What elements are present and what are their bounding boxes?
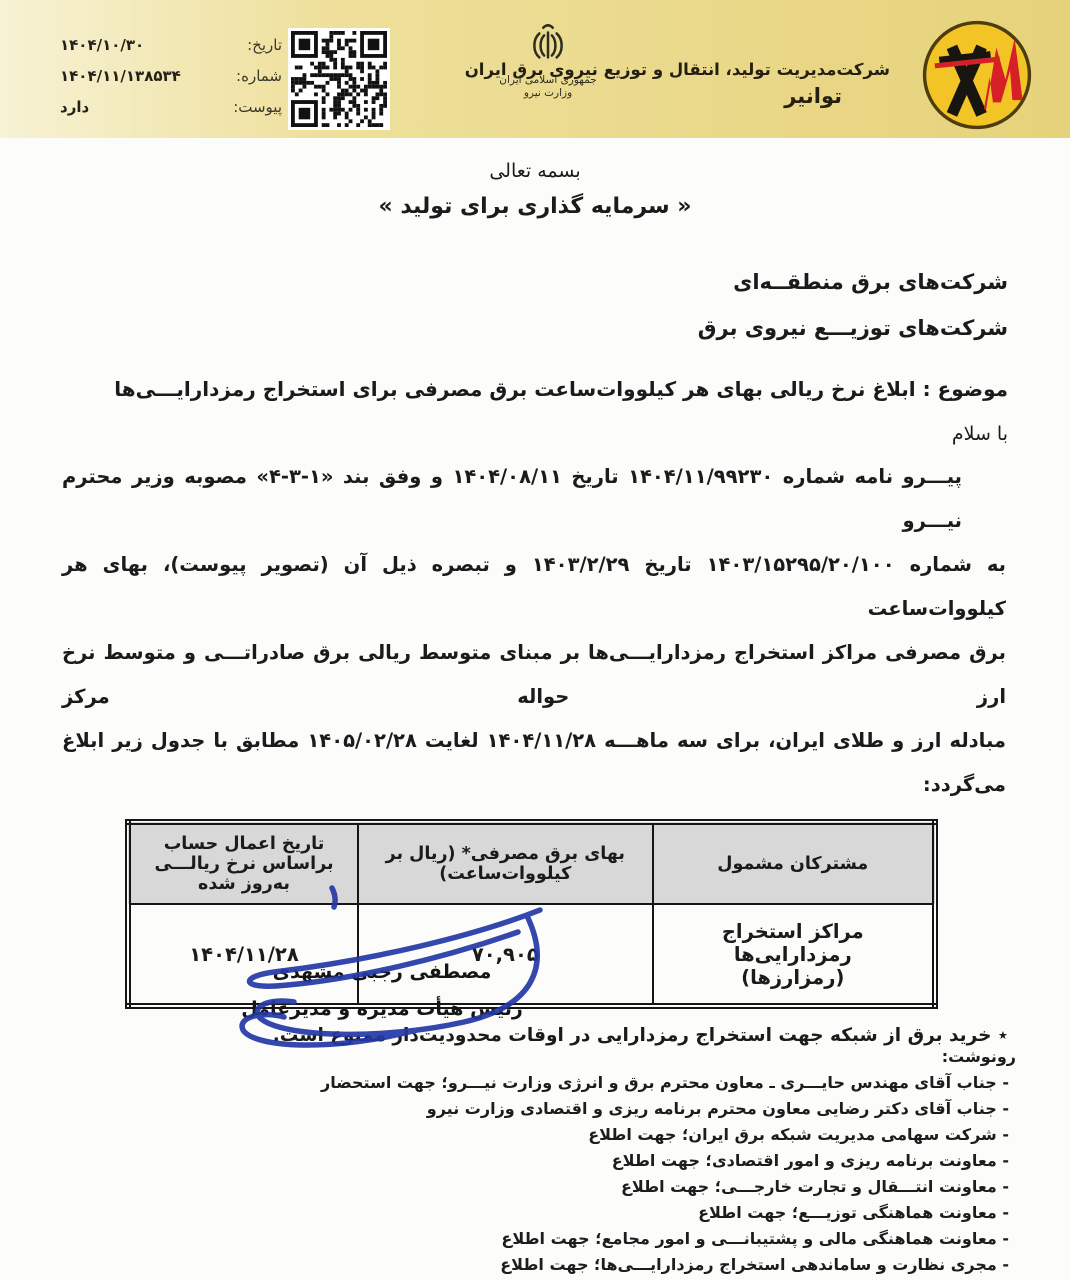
date-label: تاریخ:: [247, 36, 282, 54]
letter-meta-block: تاریخ: ۱۴۰۴/۱۰/۳۰ شماره: ۱۴۰۴/۱۱/۱۳۸۵۳۴ …: [60, 36, 282, 129]
body-paragraph: پیـــرو نامه شماره ۱۴۰۴/۱۱/۹۹۲۳۰ تاریخ ۱…: [62, 455, 1006, 807]
cc-item: - معاونت هماهنگی مالی و پشتیبانـــی و ام…: [60, 1226, 1016, 1252]
qr-code: [288, 28, 390, 130]
meta-attachment-row: پیوست: دارد: [60, 98, 282, 116]
signatory-name: مصطفی رجبی مشهدی: [222, 954, 542, 991]
body-line: مبادله ارز و طلای ایران، برای سه ماهـــه…: [62, 719, 1006, 807]
signatory: مصطفی رجبی مشهدی رئیس هیأت مدیره و مدیرع…: [222, 954, 542, 1028]
bismillah-text: بسمه تعالی: [0, 160, 1070, 182]
recipient-line: شرکت‌های برق منطقــه‌ای: [62, 259, 1008, 305]
tavanir-logo-icon: [920, 18, 1034, 132]
cc-item: - مجری نظارت و ساماندهی استخراج رمزدارای…: [60, 1252, 1016, 1278]
body-line: برق مصرفی مراکز استخراج رمزدارایـــی‌ها …: [62, 631, 1006, 719]
meta-number-row: شماره: ۱۴۰۴/۱۱/۱۳۸۵۳۴: [60, 67, 282, 85]
salutation-text: با سلام: [62, 423, 1008, 445]
header-customers: مشترکان مشمول: [653, 822, 935, 904]
subject-line: موضوع : ابلاغ نرخ ریالی بهای هر کیلووات‌…: [62, 377, 1008, 401]
recipients-block: شرکت‌های برق منطقــه‌ای شرکت‌های توزیـــ…: [62, 259, 1008, 351]
attachment-value: دارد: [60, 98, 89, 116]
cc-item: - جناب آقای مهندس حایـــری ـ معاون محترم…: [60, 1070, 1016, 1096]
official-letter-page: تاریخ: ۱۴۰۴/۱۰/۳۰ شماره: ۱۴۰۴/۱۱/۱۳۸۵۳۴ …: [0, 0, 1070, 1280]
customers-main: مراکز استخراج رمزدارایی‌ها: [666, 920, 920, 966]
cc-item: - معاونت انتـــقال و تجارت خارجـــی؛ جهت…: [60, 1174, 1016, 1200]
signatory-title: رئیس هیأت مدیره و مدیرعامل: [222, 991, 542, 1028]
meta-date-row: تاریخ: ۱۴۰۴/۱۰/۳۰: [60, 36, 282, 54]
number-label: شماره:: [236, 67, 282, 85]
customers-sub: (رمزارزها): [666, 966, 920, 989]
cc-list: رونوشت: - جناب آقای مهندس حایـــری ـ معا…: [60, 1044, 1016, 1278]
cell-customers: مراکز استخراج رمزدارایی‌ها (رمزارزها): [653, 904, 935, 1006]
date-value: ۱۴۰۴/۱۰/۳۰: [60, 36, 144, 54]
cc-item: - جناب آقای دکتر رضایی معاون محترم برنام…: [60, 1096, 1016, 1122]
cc-item: - معاونت برنامه ریزی و امور اقتصادی؛ جهت…: [60, 1148, 1016, 1174]
org-name-short: توانیر: [465, 84, 890, 108]
cc-label: رونوشت:: [60, 1044, 1016, 1070]
attachment-label: پیوست:: [233, 98, 282, 116]
signature-block: مصطفی رجبی مشهدی رئیس هیأت مدیره و مدیرع…: [212, 878, 567, 1068]
cc-item: - شرکت سهامی مدیریت شبکه برق ایران؛ جهت …: [60, 1122, 1016, 1148]
body-line: پیـــرو نامه شماره ۱۴۰۴/۱۱/۹۹۲۳۰ تاریخ ۱…: [62, 455, 1006, 543]
org-name-full: شرکت‌مدیریت تولید، انتقال و توزیع نیروی …: [465, 60, 890, 79]
recipient-line: شرکت‌های توزیـــع نیروی برق: [62, 305, 1008, 351]
letterhead-band: تاریخ: ۱۴۰۴/۱۰/۳۰ شماره: ۱۴۰۴/۱۱/۱۳۸۵۳۴ …: [0, 0, 1070, 138]
body-line: به شماره ۱۴۰۳/۱۵۲۹۵/۲۰/۱۰۰ تاریخ ۱۴۰۳/۲/…: [62, 543, 1006, 631]
cc-item: - معاونت هماهنگی توزیـــع؛ جهت اطلاع: [60, 1200, 1016, 1226]
org-title-block: شرکت‌مدیریت تولید، انتقال و توزیع نیروی …: [465, 60, 890, 108]
slogan-text: « سرمایه گذاری برای تولید »: [0, 194, 1070, 219]
number-value: ۱۴۰۴/۱۱/۱۳۸۵۳۴: [60, 67, 181, 85]
